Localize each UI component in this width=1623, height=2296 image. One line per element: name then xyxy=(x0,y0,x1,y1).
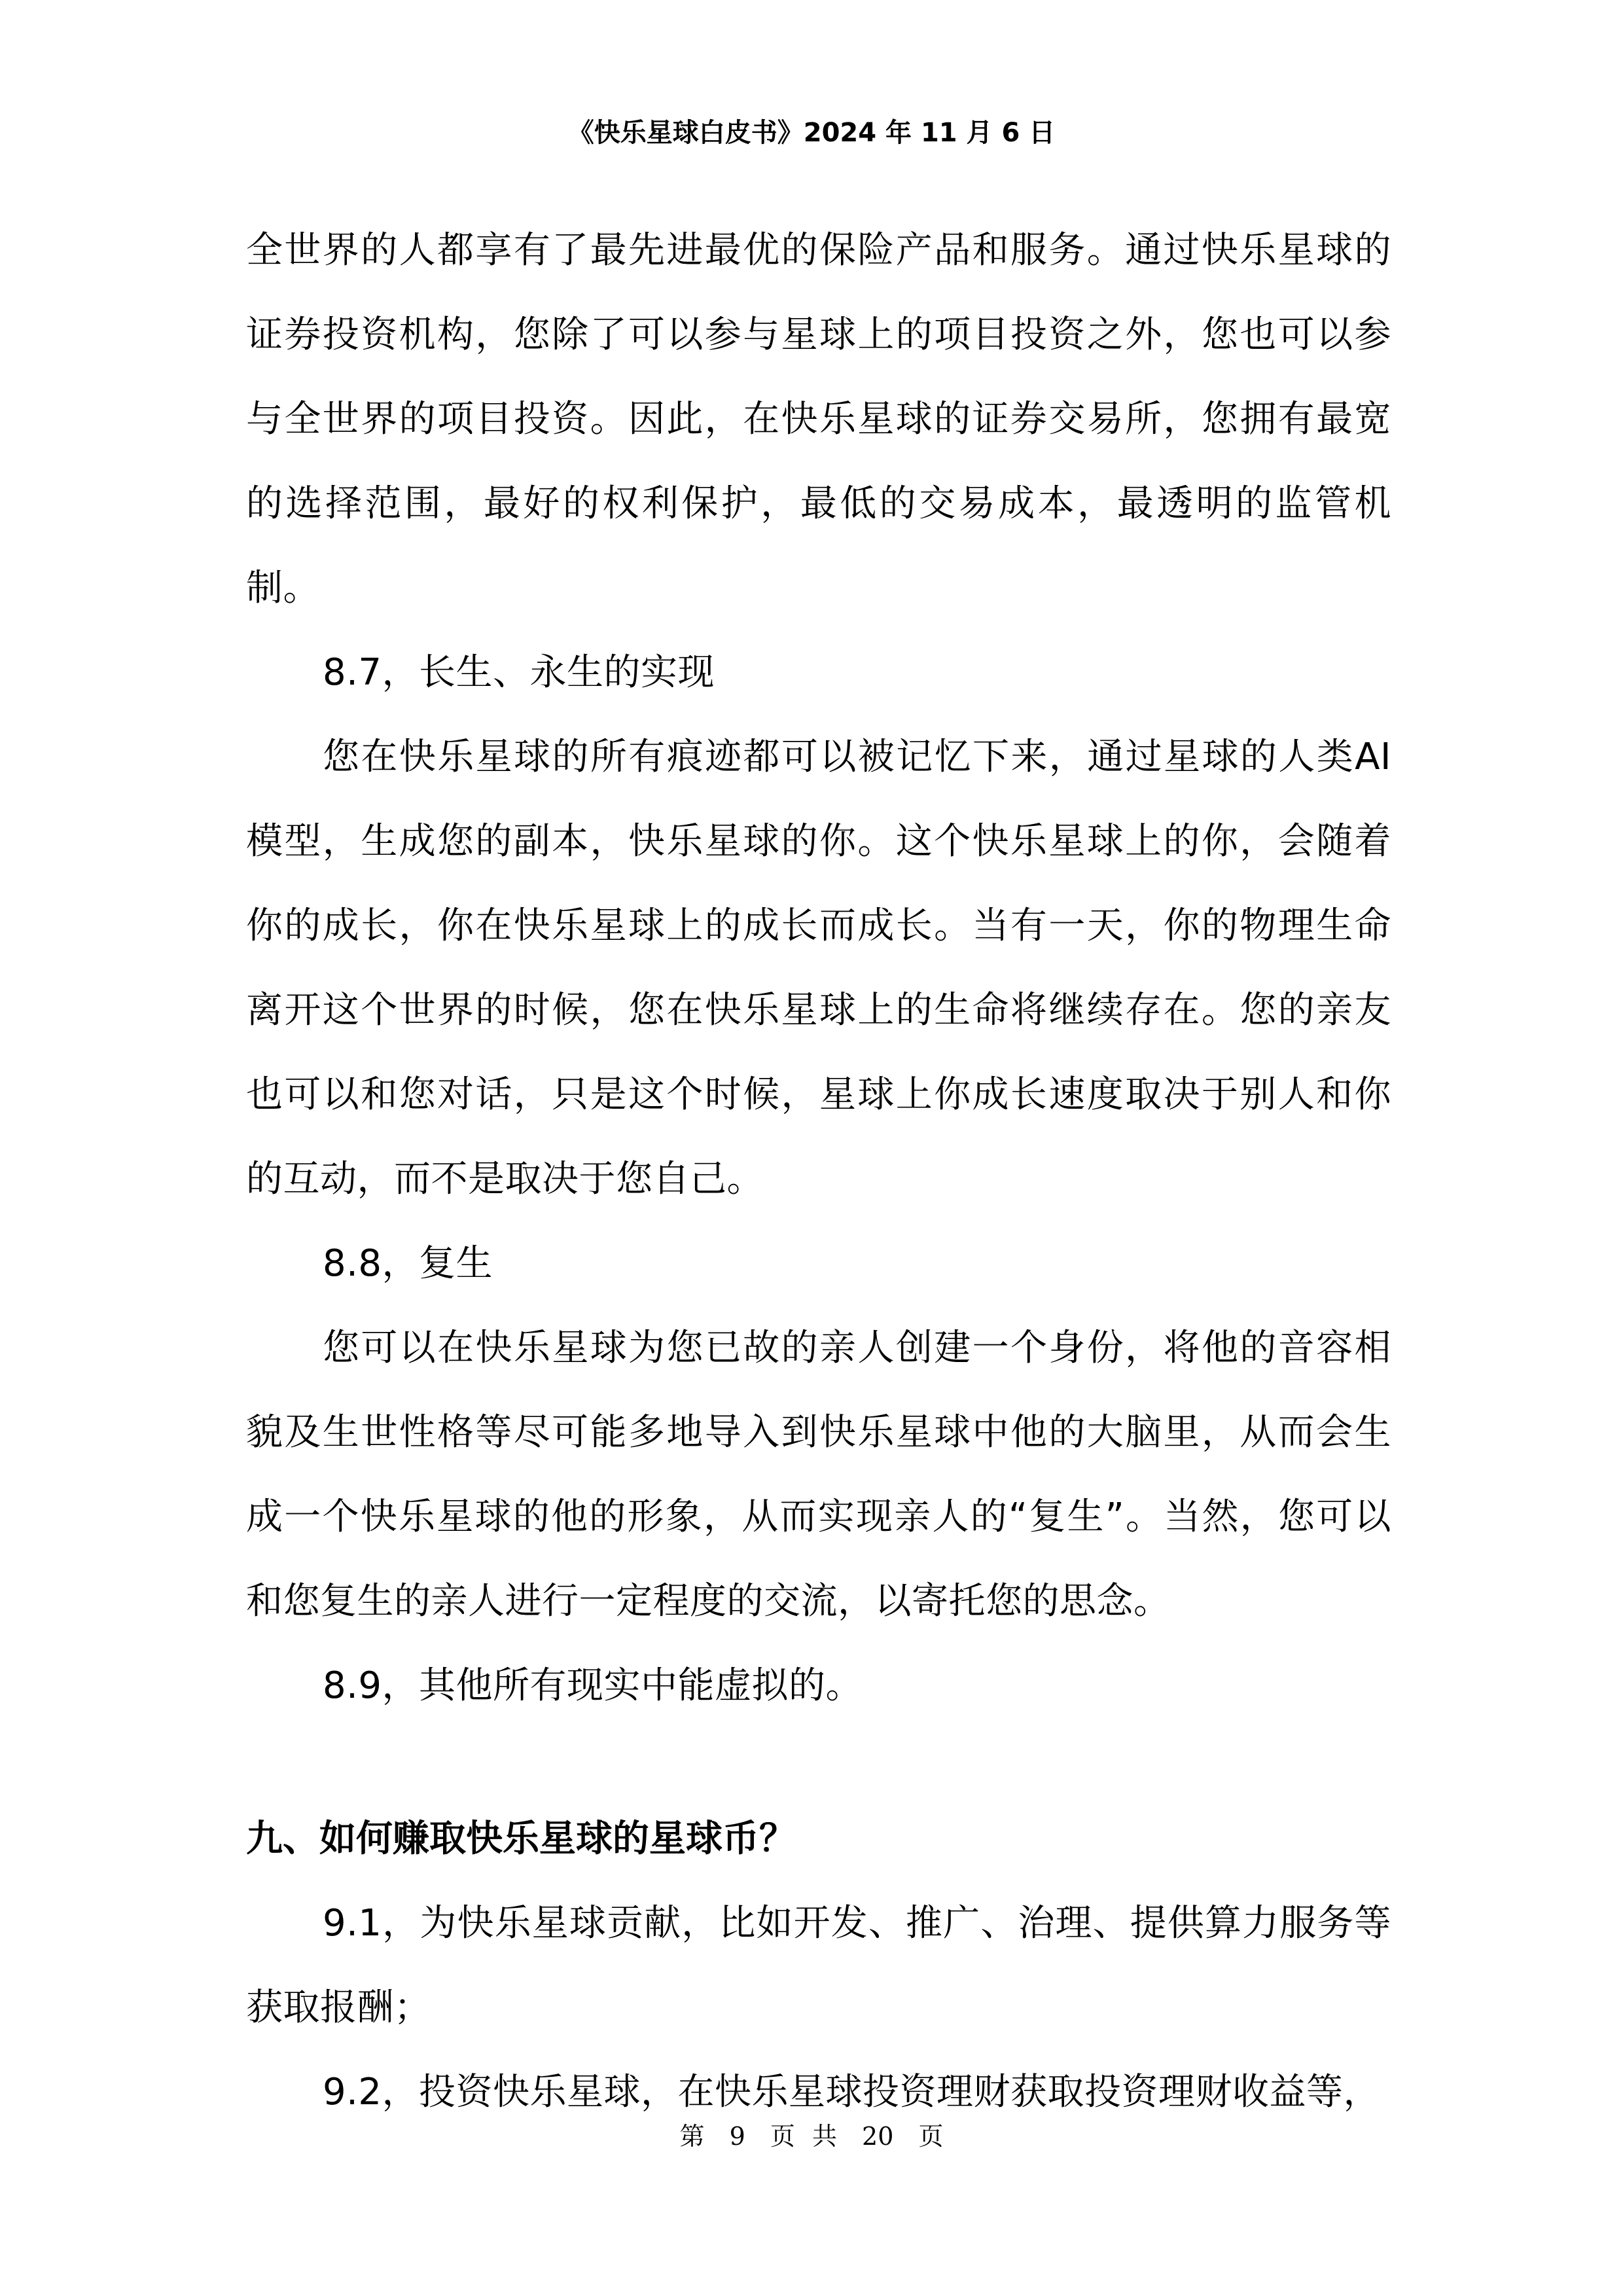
page-label-prefix: 第 xyxy=(679,2122,704,2151)
section-spacer xyxy=(246,1728,1391,1797)
page-footer: 第 9 页 共 20 页 xyxy=(0,2121,1623,2152)
paragraph-continuation: 全世界的人都享有了最先进最优的保险产品和服务。通过快乐星球的证券投资机构，您除了… xyxy=(246,208,1391,630)
item-9-1: 9.1，为快乐星球贡献，比如开发、推广、治理、提供算力服务等获取报酬； xyxy=(246,1881,1391,2050)
subheading-8-9: 8.9，其他所有现实中能虚拟的。 xyxy=(246,1643,1391,1728)
subheading-8-8: 8.8，复生 xyxy=(246,1221,1391,1306)
document-body: 全世界的人都享有了最先进最优的保险产品和服务。通过快乐星球的证券投资机构，您除了… xyxy=(246,208,1391,2134)
paragraph-8-8-body: 您可以在快乐星球为您已故的亲人创建一个身份，将他的音容相貌及生世性格等尽可能多地… xyxy=(246,1306,1391,1643)
document-title-date: 《快乐星球白皮书》2024 年 11 月 6 日 xyxy=(568,118,1055,148)
total-pages: 20 xyxy=(862,2122,893,2151)
subheading-8-7: 8.7，长生、永生的实现 xyxy=(246,630,1391,715)
page-header: 《快乐星球白皮书》2024 年 11 月 6 日 xyxy=(0,117,1623,149)
page-label-suffix: 页 xyxy=(919,2122,944,2151)
page-number: 9 xyxy=(730,2122,745,2151)
paragraph-8-7-body: 您在快乐星球的所有痕迹都可以被记忆下来，通过星球的人类AI 模型，生成您的副本，… xyxy=(246,715,1391,1221)
page-label-mid: 页 共 xyxy=(770,2122,837,2151)
section-heading-9: 九、如何赚取快乐星球的星球币？ xyxy=(246,1797,1391,1881)
